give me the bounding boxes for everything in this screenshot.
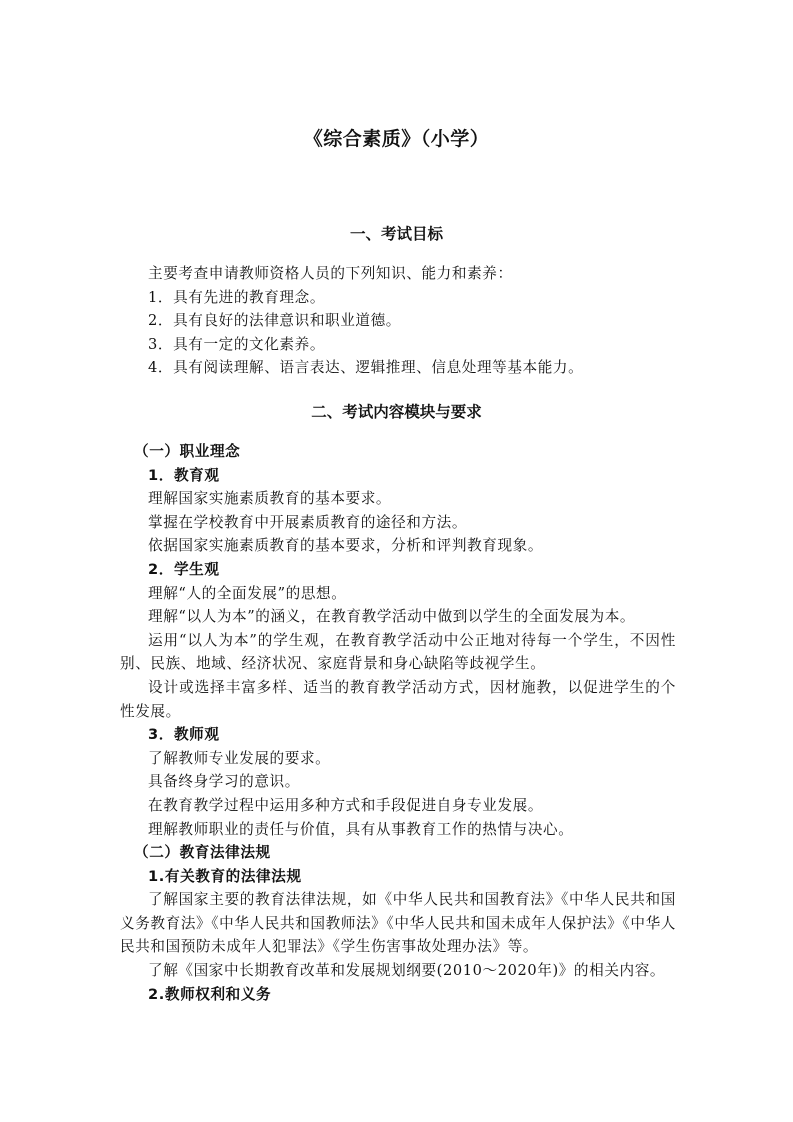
body-line: 理解“人的全面发展”的思想。: [120, 582, 676, 606]
body-line: 理解“以人为本”的涵义，在教育教学活动中做到以学生的全面发展为本。: [120, 605, 676, 629]
body-line: 依据国家实施素质教育的基本要求，分析和评判教育现象。: [120, 534, 676, 558]
section-heading-content-modules: 二、考试内容模块与要求: [0, 400, 793, 422]
document-page: 《综合素质》（小学） 一、考试目标 主要考查申请教师资格人员的下列知识、能力和素…: [0, 0, 793, 1122]
section-heading-exam-objectives: 一、考试目标: [0, 222, 793, 244]
body-paragraph: 运用“以人为本”的学生观，在教育教学活动中公正地对待每一个学生，不因性别、民族、…: [120, 629, 676, 676]
part-heading-education-law: （二）教育法律法规: [120, 841, 676, 865]
body-line: 在教育教学过程中运用多种方式和手段促进自身专业发展。: [120, 794, 676, 818]
body-line: 理解国家实施素质教育的基本要求。: [120, 487, 676, 511]
part-heading-professional-philosophy: （一）职业理念: [120, 440, 676, 464]
body-line: 具备终身学习的意识。: [120, 770, 676, 794]
body-paragraph: 设计或选择丰富多样、适当的教育教学活动方式，因材施教，以促进学生的个性发展。: [120, 676, 676, 723]
body-line: 理解教师职业的责任与价值，具有从事教育工作的热情与决心。: [120, 818, 676, 842]
objective-item: 2．具有良好的法律意识和职业道德。: [120, 309, 676, 333]
body-line: 了解《国家中长期教育改革和发展规划纲要(2010～2020年)》的相关内容。: [120, 959, 676, 983]
objective-item: 3．具有一定的文化素养。: [120, 333, 676, 357]
body-line: 掌握在学校教育中开展素质教育的途径和方法。: [120, 511, 676, 535]
subheading-student-view: 2．学生观: [120, 558, 676, 582]
subheading-teacher-view: 3．教师观: [120, 723, 676, 747]
content-modules-body: （一）职业理念 1．教育观 理解国家实施素质教育的基本要求。 掌握在学校教育中开…: [120, 440, 676, 1006]
objective-item: 1．具有先进的教育理念。: [120, 286, 676, 310]
document-title: 《综合素质》（小学）: [0, 124, 793, 151]
subheading-education-laws: 1.有关教育的法律法规: [120, 865, 676, 889]
subheading-education-view: 1．教育观: [120, 464, 676, 488]
body-paragraph: 了解国家主要的教育法律法规，如《中华人民共和国教育法》《中华人民共和国义务教育法…: [120, 888, 676, 959]
exam-objectives-body: 主要考查申请教师资格人员的下列知识、能力和素养： 1．具有先进的教育理念。 2．…: [120, 262, 676, 380]
objectives-intro: 主要考查申请教师资格人员的下列知识、能力和素养：: [120, 262, 676, 286]
body-line: 了解教师专业发展的要求。: [120, 747, 676, 771]
objective-item: 4．具有阅读理解、语言表达、逻辑推理、信息处理等基本能力。: [120, 356, 676, 380]
subheading-teacher-rights: 2.教师权利和义务: [120, 983, 676, 1007]
